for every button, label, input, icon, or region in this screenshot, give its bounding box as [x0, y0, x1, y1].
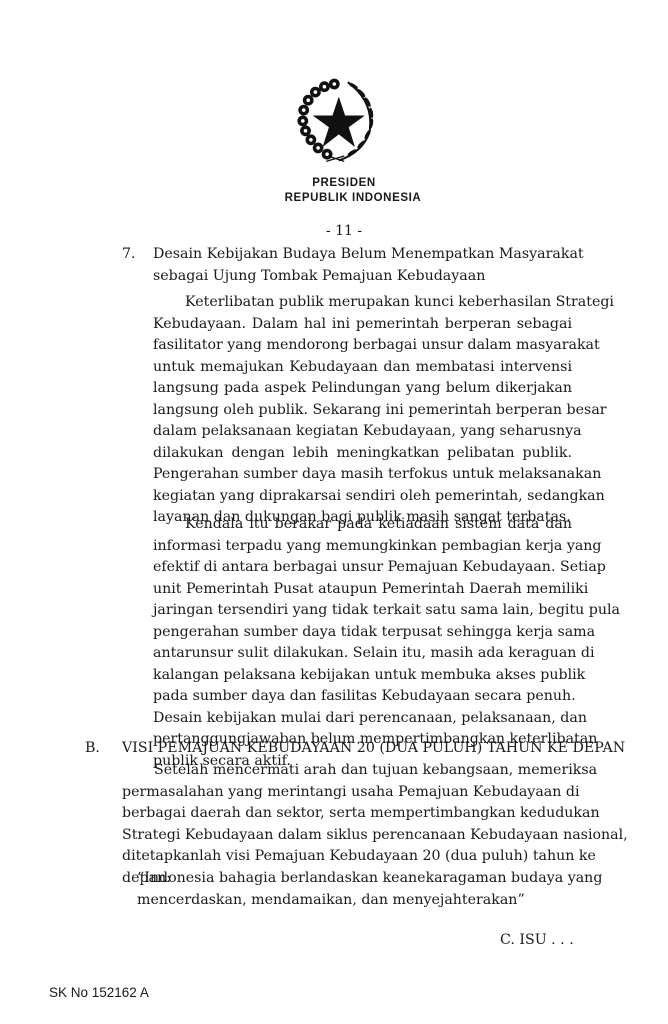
text-line: pengerahan sumber daya tidak terpusat se…: [153, 624, 572, 641]
section-b-letter: B.: [85, 740, 100, 756]
text-line: dilakukan dengan lebih meningkatkan peli…: [153, 445, 572, 462]
text-line: Kendala itu berakar pada ketiadaan siste…: [185, 516, 572, 533]
text-line: pada sumber daya dan fasilitas Kebudayaa…: [153, 688, 572, 705]
text-line: Desain Kebijakan Budaya Belum Menempatka…: [153, 246, 572, 263]
presidential-emblem-icon: [292, 75, 382, 165]
text-line: fasilitator yang mendorong berbagai unsu…: [153, 337, 572, 354]
text-line: berbagai daerah dan sektor, serta memper…: [122, 805, 566, 822]
text-line: Desain kebijakan mulai dari perencanaan,…: [153, 710, 572, 727]
document-code: SK No 152162 A: [49, 985, 149, 1000]
text-line: Strategi Kebudayaan dalam siklus perenca…: [122, 827, 566, 844]
text-line: ditetapkanlah visi Pemajuan Kebudayaan 2…: [122, 848, 566, 865]
text-line: “Indonesia bahagia berlandaskan keanekar…: [137, 870, 552, 887]
text-line: permasalahan yang merintangi usaha Pemaj…: [122, 784, 566, 801]
text-line: Setelah mencermati arah dan tujuan keban…: [154, 762, 566, 779]
text-line: kalangan pelaksana kebijakan untuk membu…: [153, 667, 572, 684]
section-b-title: VISI PEMAJUAN KEBUDAYAAN 20 (DUA PULUH) …: [122, 740, 625, 757]
next-section-reference: C. ISU . . .: [500, 932, 574, 948]
header-republic: REPUBLIK INDONESIA: [0, 192, 668, 204]
text-line: dalam pelaksanaan kegiatan Kebudayaan, y…: [153, 423, 572, 440]
text-line: untuk memajukan Kebudayaan dan membatasi…: [153, 359, 572, 376]
text-line: antarunsur sulit dilakukan. Selain itu, …: [153, 645, 572, 662]
text-line: mencerdaskan, mendamaikan, dan menyejaht…: [137, 892, 525, 909]
header-president: PRESIDEN: [0, 177, 668, 189]
section-7-number: 7.: [122, 246, 136, 262]
text-line: jaringan tersendiri yang tidak terkait s…: [153, 602, 572, 619]
text-line: Kebudayaan. Dalam hal ini pemerintah ber…: [153, 316, 572, 333]
page-number: - 11 -: [0, 223, 668, 239]
text-line: langsung pada aspek Pelindungan yang bel…: [153, 380, 572, 397]
text-line: Pengerahan sumber daya masih terfokus un…: [153, 466, 572, 483]
text-line: kegiatan yang diprakarsai sendiri oleh p…: [153, 488, 572, 505]
text-line: Keterlibatan publik merupakan kunci kebe…: [185, 294, 572, 311]
text-line: langsung oleh publik. Sekarang ini pemer…: [153, 402, 572, 419]
text-line: sebagai Ujung Tombak Pemajuan Kebudayaan: [153, 268, 485, 285]
text-line: informasi terpadu yang memungkinkan pemb…: [153, 538, 572, 555]
text-line: unit Pemerintah Pusat ataupun Pemerintah…: [153, 581, 572, 598]
text-line: efektif di antara berbagai unsur Pemajua…: [153, 559, 572, 576]
